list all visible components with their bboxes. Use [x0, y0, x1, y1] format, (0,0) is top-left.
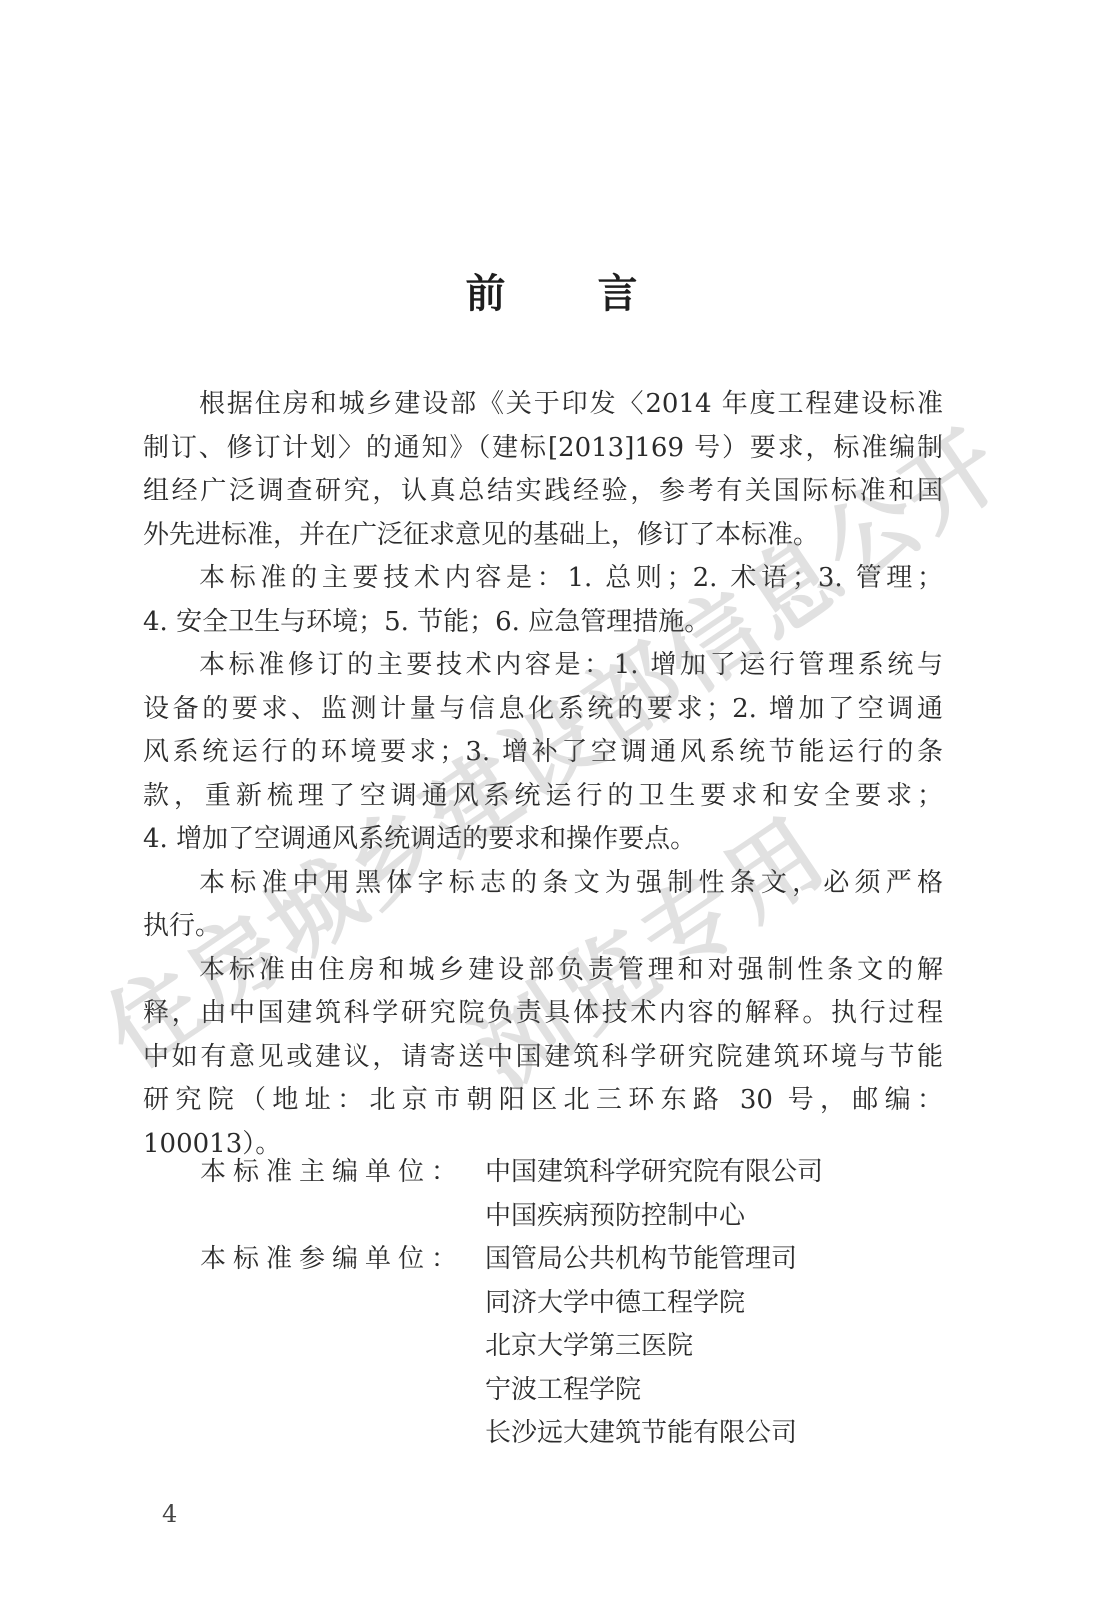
paragraph-main-content: 本标准的主要技术内容是：1. 总则；2. 术语；3. 管理； 4. 安全卫生与环…: [143, 557, 943, 644]
chief-units-label: 本标准主编单位：: [200, 1151, 485, 1238]
text-line: 执行。: [143, 905, 943, 949]
title-char-1: 前: [466, 262, 506, 319]
paragraph-revision-content: 本标准修订的主要技术内容是：1. 增加了运行管理系统与 设备的要求、监测计量与信…: [143, 644, 943, 862]
participating-units: 本标准参编单位： 国管局公共机构节能管理司 同济大学中德工程学院 北京大学第三医…: [200, 1238, 823, 1456]
unit-item: 长沙远大建筑节能有限公司: [485, 1412, 797, 1456]
unit-item: 同济大学中德工程学院: [485, 1282, 797, 1326]
unit-item: 宁波工程学院: [485, 1369, 797, 1413]
text-line: 4. 增加了空调通风系统调适的要求和操作要点。: [143, 818, 943, 862]
text-line: 款，重新梳理了空调通风系统运行的卫生要求和安全要求；: [143, 775, 943, 819]
unit-item: 国管局公共机构节能管理司: [485, 1238, 797, 1282]
text-line: 制订、修订计划〉的通知》（建标[2013]169 号）要求，标准编制: [143, 427, 943, 471]
participating-units-label: 本标准参编单位：: [200, 1238, 485, 1456]
paragraph-background: 根据住房和城乡建设部《关于印发〈2014 年度工程建设标准 制订、修订计划〉的通…: [143, 383, 943, 557]
text-line: 外先进标准，并在广泛征求意见的基础上，修订了本标准。: [143, 514, 943, 558]
preface-body: 根据住房和城乡建设部《关于印发〈2014 年度工程建设标准 制订、修订计划〉的通…: [143, 383, 943, 1166]
text-line: 研究院（地址：北京市朝阳区北三环东路 30 号，邮编：: [143, 1079, 943, 1123]
text-line: 本标准由住房和城乡建设部负责管理和对强制性条文的解: [143, 949, 943, 993]
text-line: 组经广泛调查研究，认真总结实践经验，参考有关国际标准和国: [143, 470, 943, 514]
unit-item: 北京大学第三医院: [485, 1325, 797, 1369]
text-line: 本标准修订的主要技术内容是：1. 增加了运行管理系统与: [143, 644, 943, 688]
chief-units-list: 中国建筑科学研究院有限公司 中国疾病预防控制中心: [485, 1151, 823, 1238]
text-line: 中如有意见或建议，请寄送中国建筑科学研究院建筑环境与节能: [143, 1036, 943, 1080]
document-page: 前言 根据住房和城乡建设部《关于印发〈2014 年度工程建设标准 制订、修订计划…: [0, 0, 1103, 1598]
paragraph-mandatory: 本标准中用黑体字标志的条文为强制性条文，必须严格 执行。: [143, 862, 943, 949]
text-line: 释，由中国建筑科学研究院负责具体技术内容的解释。执行过程: [143, 992, 943, 1036]
editing-units: 本标准主编单位： 中国建筑科学研究院有限公司 中国疾病预防控制中心 本标准参编单…: [200, 1151, 823, 1456]
text-line: 风系统运行的环境要求；3. 增补了空调通风系统节能运行的条: [143, 731, 943, 775]
text-line: 4. 安全卫生与环境；5. 节能；6. 应急管理措施。: [143, 601, 943, 645]
text-line: 设备的要求、监测计量与信息化系统的要求；2. 增加了空调通: [143, 688, 943, 732]
participating-units-list: 国管局公共机构节能管理司 同济大学中德工程学院 北京大学第三医院 宁波工程学院 …: [485, 1238, 797, 1456]
unit-item: 中国疾病预防控制中心: [485, 1195, 823, 1239]
page-title: 前言: [0, 262, 1103, 319]
text-line: 本标准中用黑体字标志的条文为强制性条文，必须严格: [143, 862, 943, 906]
paragraph-management: 本标准由住房和城乡建设部负责管理和对强制性条文的解 释，由中国建筑科学研究院负责…: [143, 949, 943, 1167]
unit-item: 中国建筑科学研究院有限公司: [485, 1151, 823, 1195]
page-number: 4: [162, 1500, 177, 1528]
title-char-2: 言: [598, 262, 638, 319]
text-line: 根据住房和城乡建设部《关于印发〈2014 年度工程建设标准: [143, 383, 943, 427]
chief-editor-units: 本标准主编单位： 中国建筑科学研究院有限公司 中国疾病预防控制中心: [200, 1151, 823, 1238]
text-line: 本标准的主要技术内容是：1. 总则；2. 术语；3. 管理；: [143, 557, 943, 601]
